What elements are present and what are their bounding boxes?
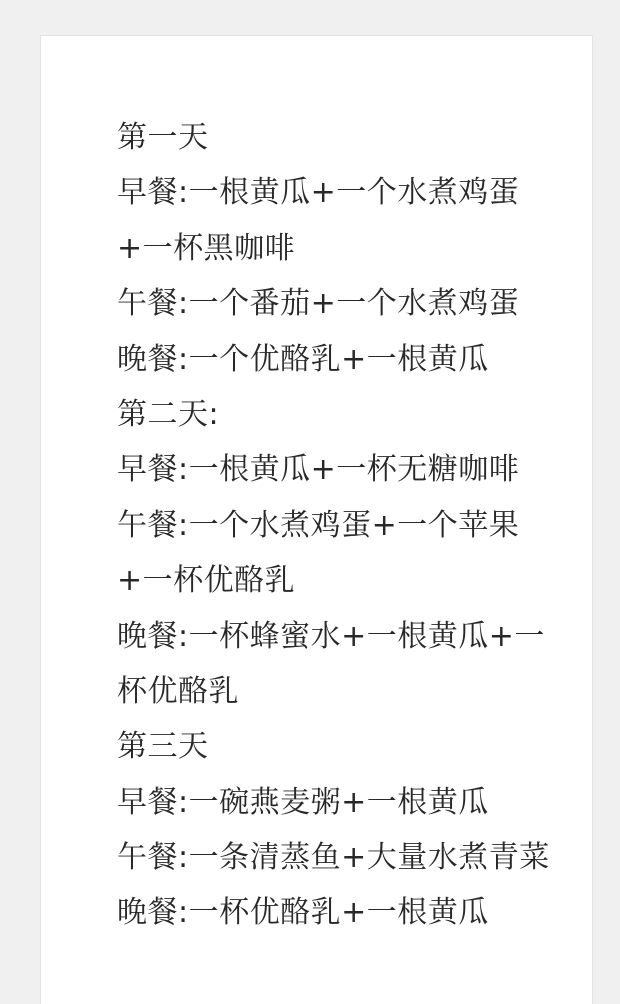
day3-lunch: 午餐:一条清蒸鱼+大量水煮青菜 — [117, 830, 592, 885]
content-card: 第一天 早餐:一根黄瓜+一个水煮鸡蛋 +一杯黑咖啡 午餐:一个番茄+一个水煮鸡蛋… — [40, 35, 593, 1004]
day1-heading: 第一天 — [117, 110, 592, 165]
day3-breakfast: 早餐:一碗燕麦粥+一根黄瓜 — [117, 775, 592, 830]
day1-breakfast-line-1: 早餐:一根黄瓜+一个水煮鸡蛋 — [117, 165, 592, 220]
day2-heading: 第二天: — [117, 387, 592, 442]
day1-breakfast-line-2: +一杯黑咖啡 — [117, 221, 592, 276]
day2-lunch-line-1: 午餐:一个水煮鸡蛋+一个苹果 — [117, 498, 592, 553]
day1-lunch: 午餐:一个番茄+一个水煮鸡蛋 — [117, 276, 592, 331]
diet-plan-text: 第一天 早餐:一根黄瓜+一个水煮鸡蛋 +一杯黑咖啡 午餐:一个番茄+一个水煮鸡蛋… — [41, 36, 592, 941]
day2-dinner-line-2: 杯优酪乳 — [117, 664, 592, 719]
day2-breakfast: 早餐:一根黄瓜+一杯无糖咖啡 — [117, 442, 592, 497]
day2-dinner-line-1: 晚餐:一杯蜂蜜水+一根黄瓜+一 — [117, 609, 592, 664]
day1-dinner: 晚餐:一个优酪乳+一根黄瓜 — [117, 332, 592, 387]
day2-lunch-line-2: +一杯优酪乳 — [117, 553, 592, 608]
day3-heading: 第三天 — [117, 719, 592, 774]
day3-dinner: 晚餐:一杯优酪乳+一根黄瓜 — [117, 885, 592, 940]
